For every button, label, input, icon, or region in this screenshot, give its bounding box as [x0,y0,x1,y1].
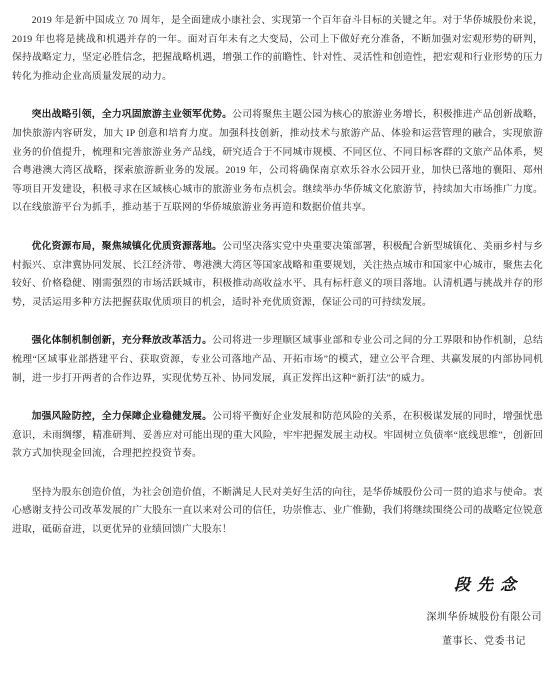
paragraph-lead: 突出战略引领，全力巩固旅游主业领军优势。 [32,109,233,120]
paragraph-lead: 强化体制机制创新，充分释放改革活力。 [32,335,213,346]
paragraph-risk-control: 加强风险防控，全力保障企业稳健发展。公司将平衡好企业发展和防范风险的关系，在积极… [12,408,543,464]
signatory-company: 深圳华侨城股份有限公司 [12,610,543,625]
paragraph-strategy-tourism: 突出战略引领，全力巩固旅游主业领军优势。公司将聚焦主题公园为核心的旅游业务增长，… [12,106,543,218]
paragraph-text: 公司将聚焦主题公园为核心的旅游业务增长，积极推进产品创新战略，加快旅游内容研发，… [12,109,543,213]
paragraph-resource-layout: 优化资源布局，聚焦城镇化优质资源落地。公司坚决落实党中央重要决策部署，积极配合新… [12,238,543,312]
paragraph-mechanism-reform: 强化体制机制创新，充分释放改革活力。公司将进一步理顺区域事业部和专业公司之间的分… [12,332,543,388]
paragraph-text: 2019 年是新中国成立 70 周年，是全面建成小康社会、实现第一个百年奋斗目标… [12,15,543,82]
paragraph-lead: 加强风险防控，全力保障企业稳健发展。 [32,411,213,422]
paragraph-lead: 优化资源布局，聚焦城镇化优质资源落地。 [32,241,223,252]
signature-block: 段先念 深圳华侨城股份有限公司 董事长、党委书记 [12,574,543,649]
paragraph-closing: 坚持为股东创造价值，为社会创造价值，不断满足人民对美好生活的向往，是华侨城股份公… [12,484,543,540]
signatory-title: 董事长、党委书记 [12,634,543,649]
paragraph-text: 坚持为股东创造价值，为社会创造价值，不断满足人民对美好生活的向往，是华侨城股份公… [12,487,543,535]
signatory-name: 段先念 [12,574,543,598]
document-page: 2019 年是新中国成立 70 周年，是全面建成小康社会、实现第一个百年奋斗目标… [0,0,554,682]
paragraph-intro: 2019 年是新中国成立 70 周年，是全面建成小康社会、实现第一个百年奋斗目标… [12,12,543,86]
